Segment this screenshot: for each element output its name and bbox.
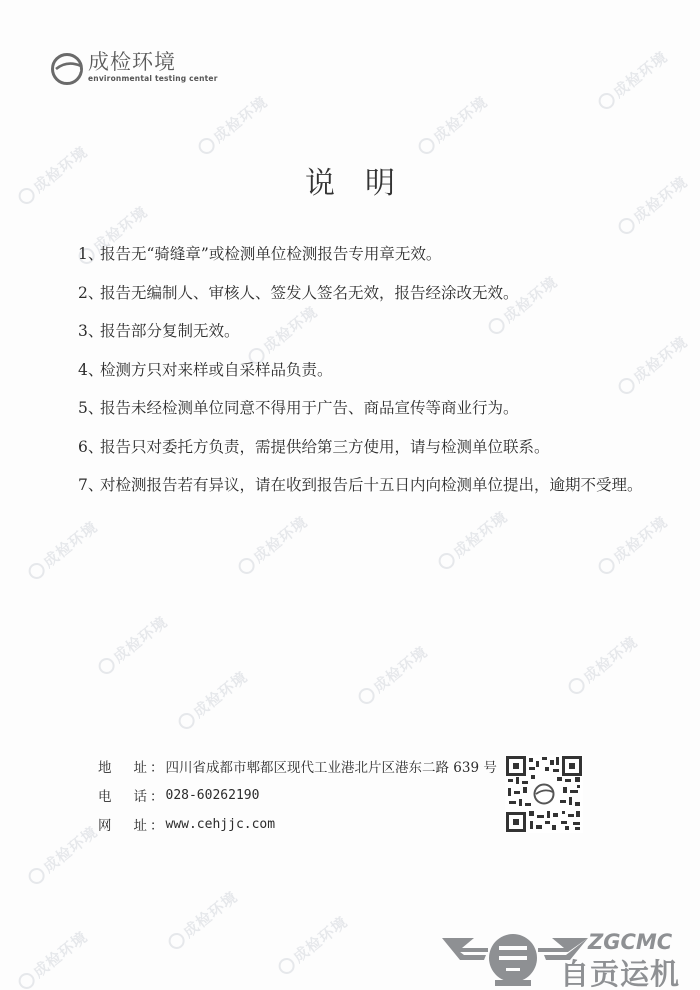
colon: ： — [150, 785, 164, 805]
watermark: 成检环境 — [14, 926, 92, 990]
watermark-logo-icon — [25, 864, 47, 886]
watermark: 成检环境 — [434, 506, 512, 574]
watermark: 成检环境 — [24, 516, 102, 584]
watermark-logo-icon — [25, 559, 47, 581]
watermark: 成检环境 — [414, 91, 492, 159]
note-number: 2、 — [78, 283, 100, 303]
logo-english-name: environmental testing center — [88, 74, 218, 83]
watermark: 成检环境 — [234, 511, 312, 579]
address-value: 四川省成都市郫都区现代工业港北片区港东二路 639 号 — [166, 756, 497, 776]
watermark-logo-icon — [595, 89, 617, 111]
watermark: 成检环境 — [564, 631, 642, 699]
note-number: 6、 — [78, 437, 100, 457]
watermark: 成检环境 — [24, 821, 102, 889]
watermark-logo-icon — [165, 929, 187, 951]
watermark-logo-icon — [275, 954, 297, 976]
note-item: 7、对检测报告若有异议，请在收到报告后十五日内向检测单位提出，逾期不受理。 — [78, 475, 643, 495]
watermark-logo-icon — [565, 674, 587, 696]
document-page: 成检环境 成检环境 成检环境 成检环境 成检环境 成检环境 成检环境 成检环境 … — [0, 0, 700, 990]
note-text: 报告未经检测单位同意不得用于广告、商品宣传等商业行为。 — [100, 399, 519, 417]
address-label: 地址 — [98, 756, 156, 776]
note-number: 3、 — [78, 321, 100, 341]
watermark-logo-icon — [195, 134, 217, 156]
note-number: 5、 — [78, 398, 100, 418]
note-text: 报告只对委托方负责，需提供给第三方使用，请与检测单位联系。 — [100, 438, 550, 456]
company-logo: 成检环境 environmental testing center — [50, 50, 218, 86]
note-number: 4、 — [78, 360, 100, 380]
note-text: 报告部分复制无效。 — [100, 322, 240, 340]
note-item: 2、报告无编制人、审核人、签发人签名无效，报告经涂改无效。 — [78, 283, 643, 303]
note-item: 5、报告未经检测单位同意不得用于广告、商品宣传等商业行为。 — [78, 398, 643, 418]
watermark: 成检环境 — [94, 611, 172, 679]
note-number: 1、 — [78, 244, 100, 264]
e-circle-logo-icon — [50, 52, 84, 86]
watermark-logo-icon — [235, 554, 257, 576]
colon: ： — [150, 814, 164, 834]
watermark-logo-icon — [615, 214, 637, 236]
website-label: 网址 — [98, 814, 156, 834]
qr-code-icon — [505, 755, 583, 833]
note-text: 报告无“骑缝章”或检测单位检测报告专用章无效。 — [100, 245, 441, 263]
watermark: 成检环境 — [594, 511, 672, 579]
watermark: 成检环境 — [164, 886, 242, 954]
watermark-logo-icon — [15, 969, 37, 990]
watermark-logo-icon — [95, 654, 117, 676]
website-link[interactable]: www.cehjjc.com — [166, 817, 276, 832]
title-char: 明 — [365, 166, 425, 201]
note-item: 6、报告只对委托方负责，需提供给第三方使用，请与检测单位联系。 — [78, 437, 643, 457]
brand-english: ZGCMC — [588, 930, 672, 954]
note-text: 报告无编制人、审核人、签发人签名无效，报告经涂改无效。 — [100, 284, 519, 302]
note-item: 1、报告无“骑缝章”或检测单位检测报告专用章无效。 — [78, 244, 643, 264]
watermark: 成检环境 — [174, 666, 252, 734]
logo-chinese-name: 成检环境 — [88, 50, 218, 74]
colon: ： — [150, 756, 164, 776]
title-char: 说 — [305, 166, 365, 201]
note-text: 对检测报告若有异议，请在收到报告后十五日内向检测单位提出，逾期不受理。 — [100, 476, 643, 494]
contact-info: 地址 ： 四川省成都市郫都区现代工业港北片区港东二路 639 号 电话 ： 02… — [98, 756, 497, 843]
watermark: 成检环境 — [274, 911, 352, 979]
watermark-logo-icon — [595, 554, 617, 576]
watermark: 成检环境 — [194, 91, 272, 159]
watermark-logo-icon — [175, 709, 197, 731]
note-number: 7、 — [78, 475, 100, 495]
page-title: 说明 — [0, 158, 700, 202]
note-text: 检测方只对来样或自采样品负责。 — [100, 361, 333, 379]
watermark-logo-icon — [415, 134, 437, 156]
notes-list: 1、报告无“骑缝章”或检测单位检测报告专用章无效。 2、报告无编制人、审核人、签… — [78, 244, 643, 514]
brand-chinese: 自贡运机 — [560, 952, 680, 990]
phone-value: 028-60262190 — [166, 788, 260, 803]
watermark: 成检环境 — [594, 46, 672, 114]
phone-row: 电话 ： 028-60262190 — [98, 785, 497, 805]
watermark-logo-icon — [355, 684, 377, 706]
brand-watermark: ZGCMC 自贡运机 — [440, 924, 700, 990]
watermark: 成检环境 — [354, 641, 432, 709]
note-item: 3、报告部分复制无效。 — [78, 321, 643, 341]
note-item: 4、检测方只对来样或自采样品负责。 — [78, 360, 643, 380]
watermark-logo-icon — [435, 549, 457, 571]
phone-label: 电话 — [98, 785, 156, 805]
website-row: 网址 ： www.cehjjc.com — [98, 814, 497, 834]
address-row: 地址 ： 四川省成都市郫都区现代工业港北片区港东二路 639 号 — [98, 756, 497, 776]
